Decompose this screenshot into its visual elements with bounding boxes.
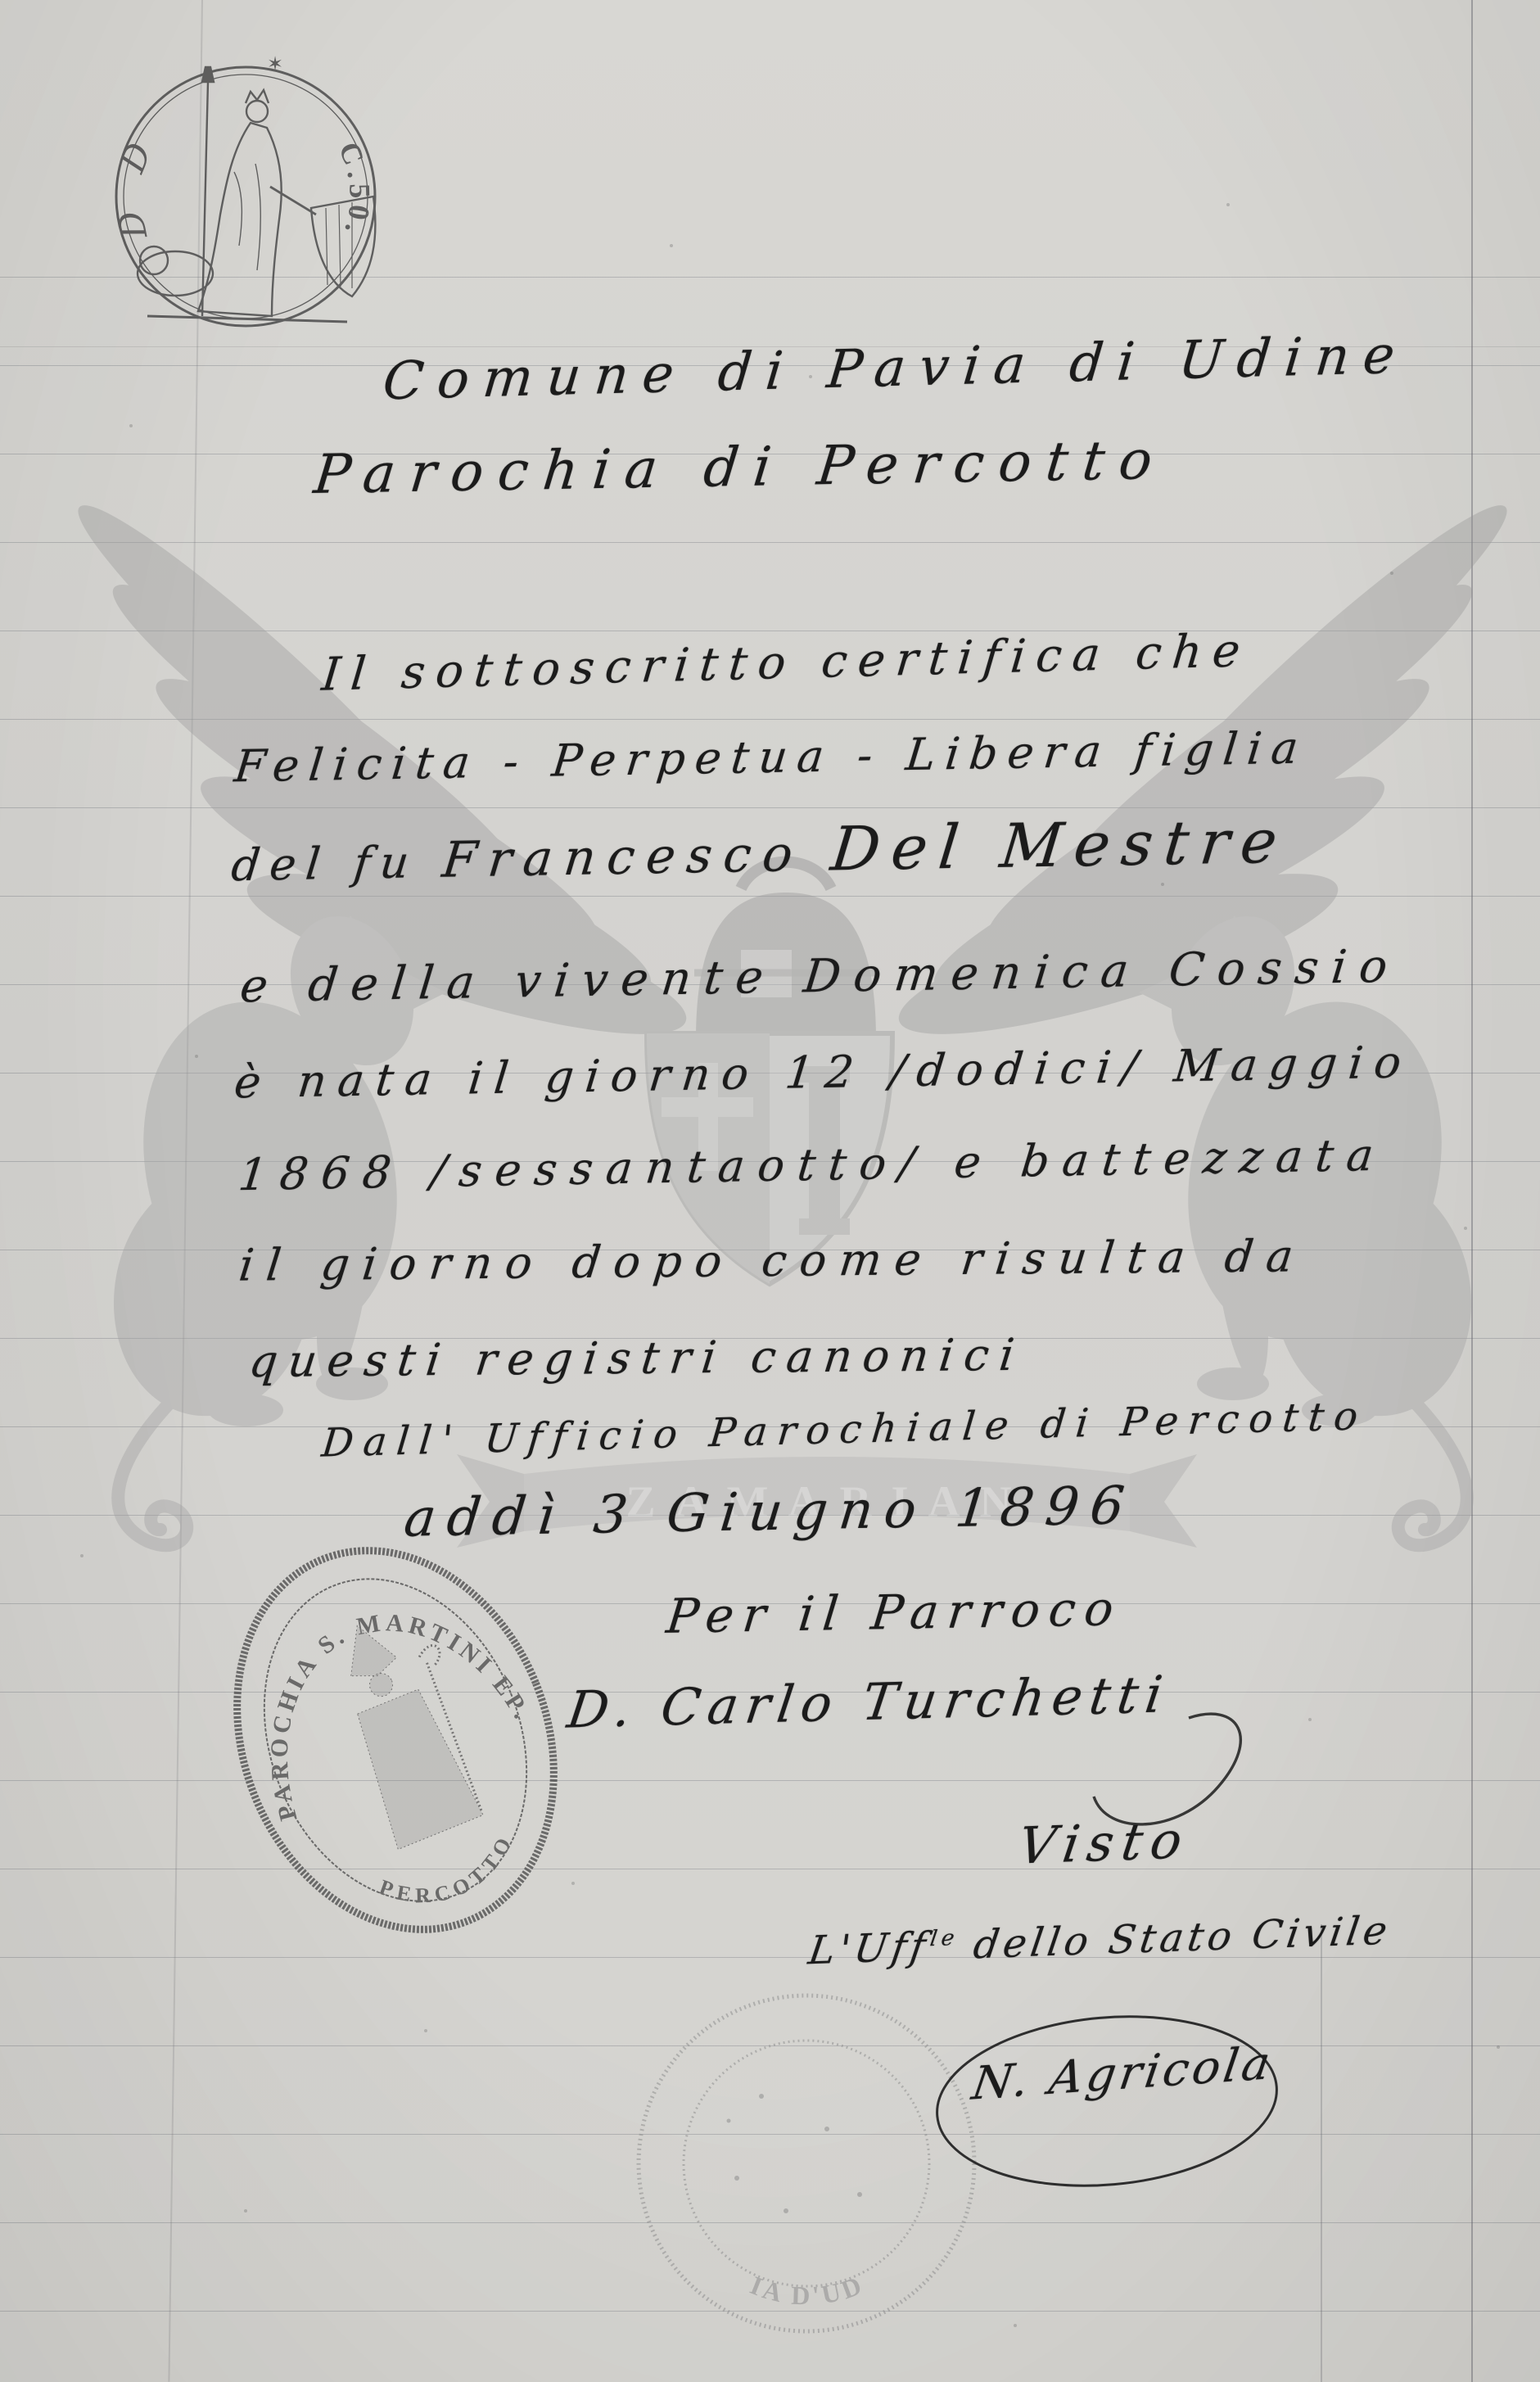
svg-text:PERCOTTO: PERCOTTO xyxy=(369,1824,531,1930)
body-registers-line: questi registri canonici xyxy=(246,1333,1027,1384)
star-icon: ✶ xyxy=(267,52,283,75)
visto-line: Visto xyxy=(1015,1815,1193,1871)
ruled-lines xyxy=(0,277,1540,2382)
ufficiale-prefix: L'Uff xyxy=(806,1923,933,1973)
bishop-figure-icon xyxy=(314,1601,502,1850)
header-parrocchia-line: Parochia di Percotto xyxy=(311,433,1169,502)
per-il-parroco-line: Per il Parroco xyxy=(664,1584,1124,1640)
body-birth-line1: è nata il giorno 12 /dodici/ Maggio xyxy=(233,1040,1415,1105)
allegory-figure-icon xyxy=(138,67,375,322)
body-names-line: Felicita - Perpetua - Libera figlia xyxy=(233,726,1310,789)
svg-text:D D: D D xyxy=(108,127,164,244)
ufficiale-stato-civile-line: L'Uffle dello Stato Civile xyxy=(806,1911,1394,1971)
left-fold-crease xyxy=(168,0,203,2382)
father-prefix: del fu xyxy=(229,836,445,891)
parish-stamp-bottom-text: PERCOTTO xyxy=(369,1824,531,1930)
certificate-page: ZAMARIAN xyxy=(0,0,1540,2382)
office-line: Dall' Ufficio Parochiale di Percotto xyxy=(320,1396,1370,1462)
svg-text:C.50.: C.50. xyxy=(332,138,377,242)
parish-stamp: PAROCHIA S. MARTINI EP. PERCOTTO xyxy=(182,1503,608,1977)
revenue-stamp: ✶ C.50. D D xyxy=(108,52,377,326)
right-margin-line xyxy=(1471,0,1473,2382)
body-intro-line: Il sottoscritto certifica che xyxy=(320,628,1253,698)
father-given-name: Francesco xyxy=(440,825,834,888)
revenue-stamp-left-text: D D xyxy=(108,127,164,244)
svg-text:PAROCHIA S. MARTINI EP.: PAROCHIA S. MARTINI EP. xyxy=(215,1565,540,1827)
father-surname: Del Mestre xyxy=(828,807,1292,885)
date-line: addì 3 Giugno 1896 xyxy=(402,1480,1138,1545)
body-baptism-line: il giorno dopo come risulta da xyxy=(237,1234,1308,1287)
ufficiale-rest: dello Stato Civile xyxy=(954,1908,1394,1968)
header-comune-line: Comune di Pavia di Udine xyxy=(381,329,1411,409)
ufficiale-signature: N. Agricola xyxy=(969,2041,1276,2107)
body-mother-line: e della vivente Domenica Cossio xyxy=(238,944,1403,1010)
parroco-signature: D. Carlo Turchetti xyxy=(565,1669,1173,1735)
right-secondary-line xyxy=(1321,1924,1322,2382)
ufficiale-superscript: le xyxy=(928,1925,960,1951)
body-birth-line2: 1868 /sessantaotto/ e battezzata xyxy=(237,1133,1389,1197)
parish-stamp-top-text: PAROCHIA S. MARTINI EP. xyxy=(215,1565,540,1827)
revenue-stamp-denomination: C.50. xyxy=(332,138,377,242)
body-father-line: del fu Francesco Del Mestre xyxy=(229,811,1291,890)
signature-flourish xyxy=(1094,1714,1240,1824)
